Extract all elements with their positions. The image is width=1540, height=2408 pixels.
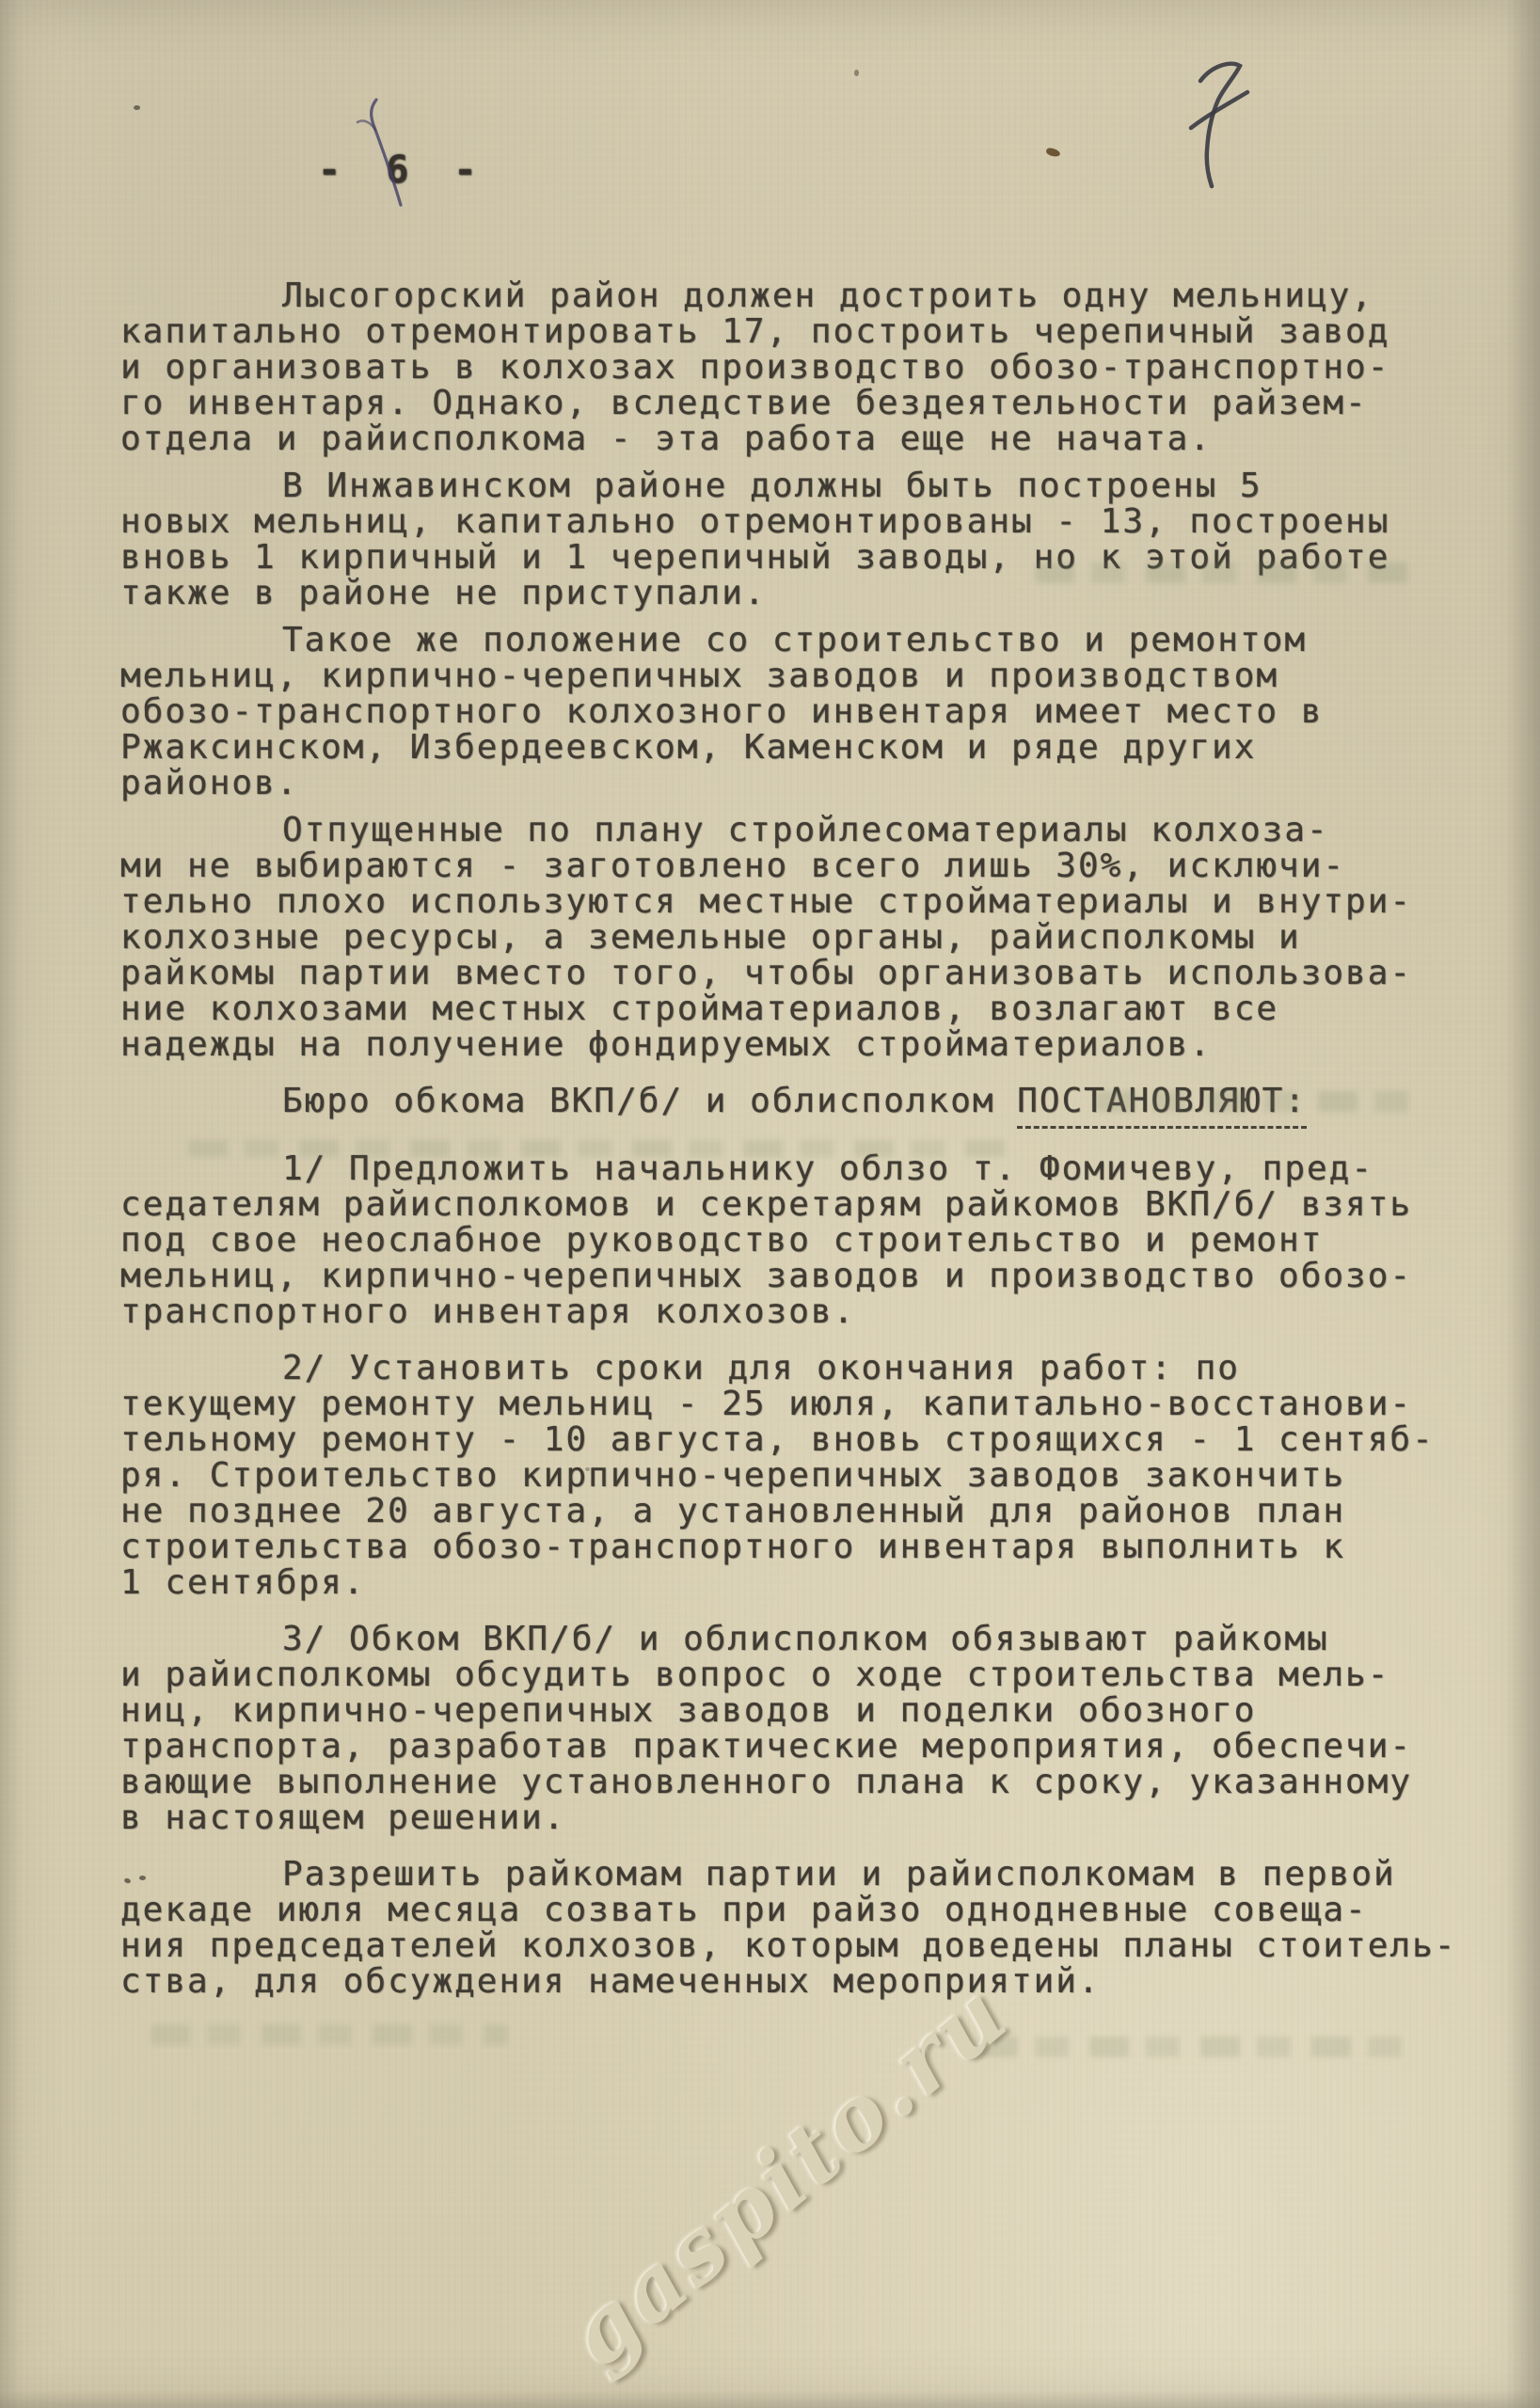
resolution-heading-verb-underlined: ПОСТАНОВЛЯЮТ: [1017, 1082, 1307, 1129]
resolution-heading-prefix: Бюро обкома ВКП/б/ и облисполком [282, 1082, 1017, 1120]
paragraph-point-2: 2/ Установить сроки для окончания работ:… [120, 1351, 1466, 1601]
paper-speck [854, 70, 859, 76]
scan-edge-shadow-right [1506, 0, 1540, 2408]
bleed-through-artifact [151, 2024, 508, 2045]
document-body: Лысогорский район должен достроить одну … [120, 278, 1466, 2011]
paragraph-other-districts: Такое же положение со строительство и ре… [120, 623, 1466, 801]
paragraph-final: Разрешить райкомам партии и райисполкома… [120, 1857, 1466, 2000]
scan-edge-shadow-bottom [0, 2391, 1540, 2408]
bleed-through-artifact [978, 2036, 1411, 2057]
paragraph-materials: Отпущенные по плану стройлесоматериалы к… [120, 813, 1466, 1063]
paper-speck [134, 105, 140, 110]
handwritten-page-number [1183, 55, 1268, 196]
page-number-typed: - 6 - [318, 149, 487, 192]
resolution-heading: Бюро обкома ВКП/б/ и облисполком ПОСТАНО… [120, 1084, 1466, 1119]
watermark: gaspito.ru [548, 1961, 1028, 2386]
paragraph-point-3: 3/ Обком ВКП/б/ и облисполком обязывают … [120, 1622, 1466, 1836]
handwritten-dots-mark [124, 1876, 162, 1887]
scanned-document-page: - 6 - Лысогорский район должен достроить… [0, 0, 1540, 2408]
scan-edge-shadow-left [0, 0, 21, 2408]
paragraph-lysogorsky: Лысогорский район должен достроить одну … [120, 278, 1466, 457]
paragraph-inzhavinsky: В Инжавинском районе должны быть построе… [120, 468, 1466, 611]
paragraph-point-1: 1/ Предложить начальнику облзо т. Фомиче… [120, 1151, 1466, 1330]
paper-speck [1045, 147, 1060, 157]
